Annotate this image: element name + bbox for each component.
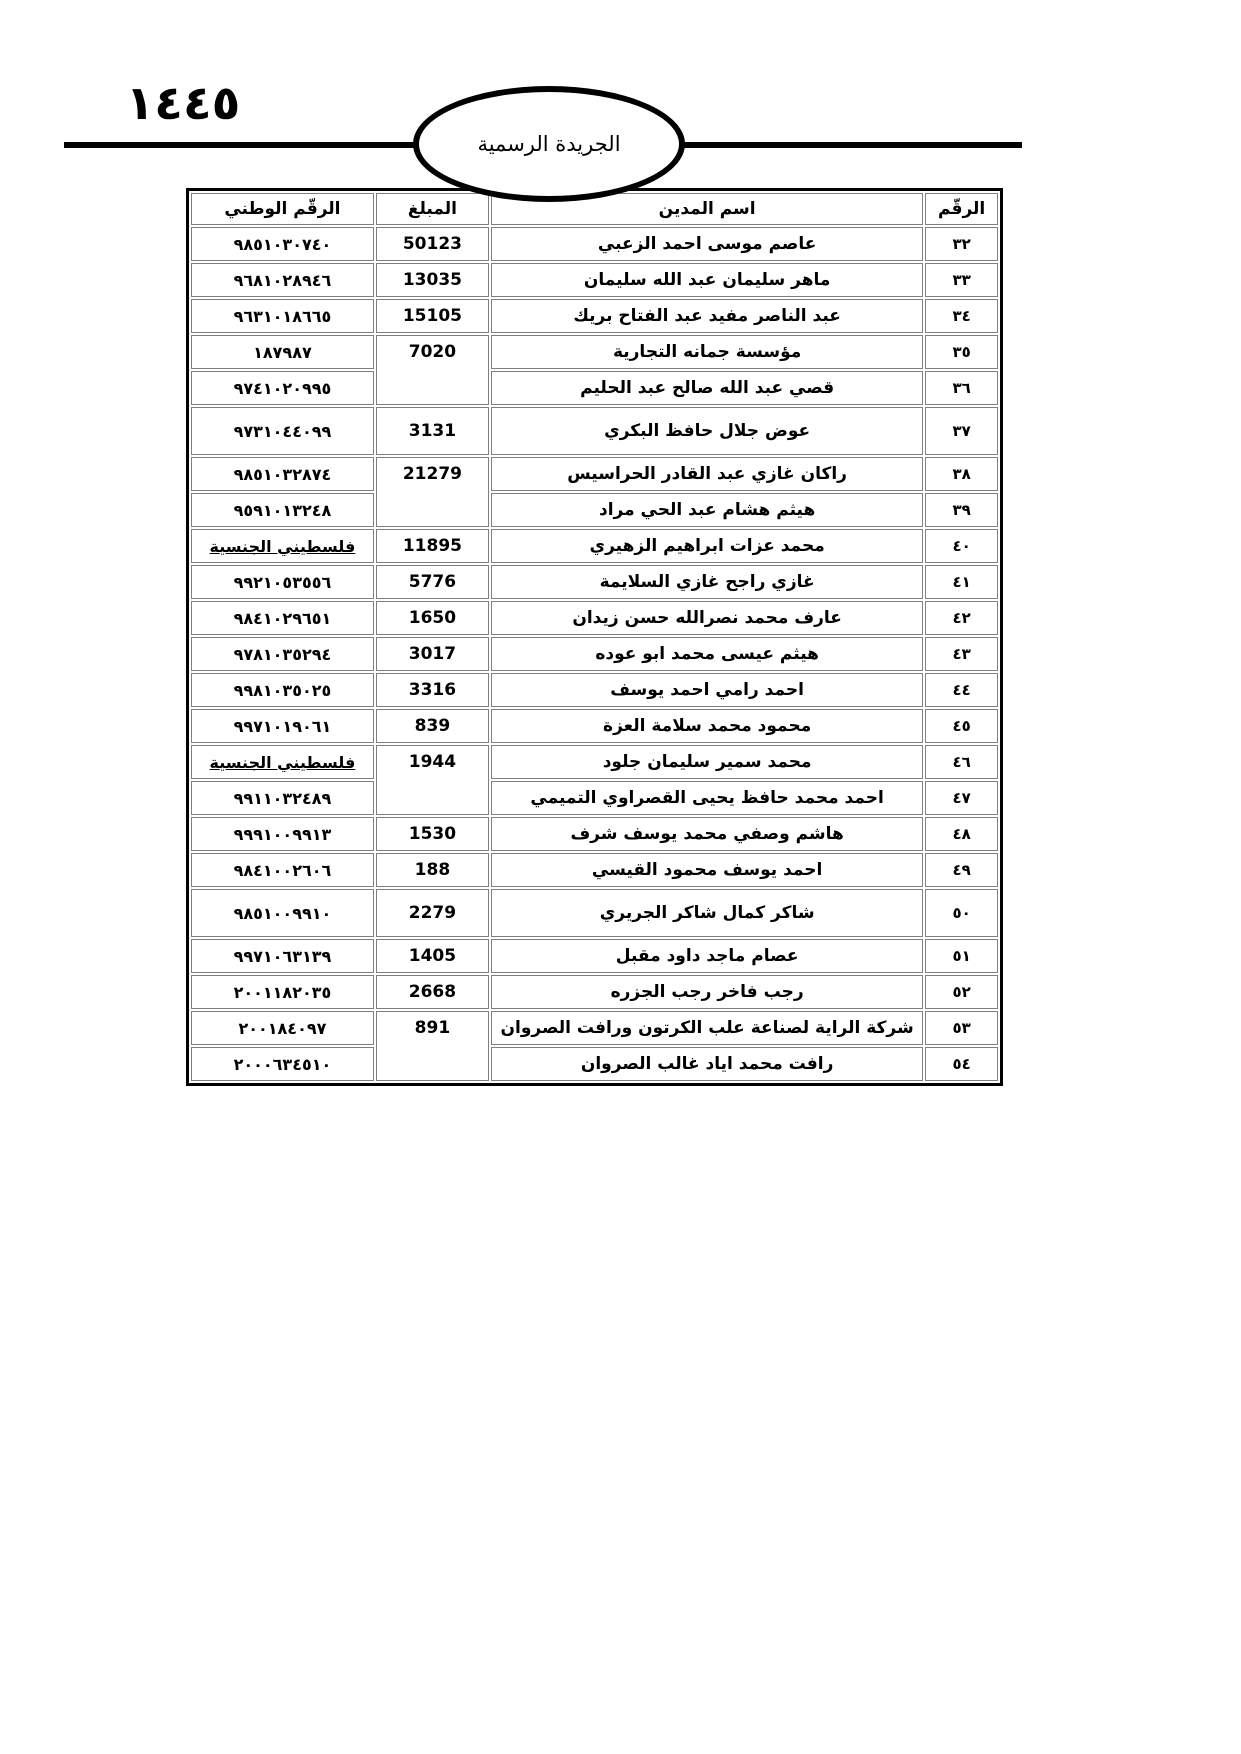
cell-amount: 1530 bbox=[376, 817, 489, 851]
cell-national-id: ٩٩٢١٠٥٣٥٥٦ bbox=[191, 565, 374, 599]
page-number: ١٤٤٥ bbox=[118, 76, 248, 131]
cell-national-id: ٩٩٧١٠١٩٠٦١ bbox=[191, 709, 374, 743]
cell-national-id: ٢٠٠٠٦٣٤٥١٠ bbox=[191, 1047, 374, 1081]
cell-serial: ٥٢ bbox=[925, 975, 998, 1009]
cell-national-id: ٩٨٥١٠٣٢٨٧٤ bbox=[191, 457, 374, 491]
cell-name: عاصم موسى احمد الزعبي bbox=[491, 227, 923, 261]
table-row: ٣٤ عبد الناصر مفيد عبد الفتاح بريك 15105… bbox=[191, 299, 998, 333]
cell-national-id: ٢٠٠١١٨٢٠٣٥ bbox=[191, 975, 374, 1009]
cell-amount: 2668 bbox=[376, 975, 489, 1009]
cell-serial: ٣٨ bbox=[925, 457, 998, 491]
cell-name: عوض جلال حافظ البكري bbox=[491, 407, 923, 455]
cell-name: شاكر كمال شاكر الجريري bbox=[491, 889, 923, 937]
table-row: ٤٣ هيثم عيسى محمد ابو عوده 3017 ٩٧٨١٠٣٥٢… bbox=[191, 637, 998, 671]
table-row: ٥١ عصام ماجد داود مقبل 1405 ٩٩٧١٠٦٣١٣٩ bbox=[191, 939, 998, 973]
cell-amount: 15105 bbox=[376, 299, 489, 333]
cell-amount: 13035 bbox=[376, 263, 489, 297]
cell-serial: ٣٣ bbox=[925, 263, 998, 297]
table-row: ٣٨ راكان غازي عبد القادر الحراسيس 21279 … bbox=[191, 457, 998, 491]
gazette-seal-ellipse: الجريدة الرسمية bbox=[413, 86, 685, 202]
cell-amount-merged: 891 bbox=[376, 1011, 489, 1081]
col-header-national-id: الرقّم الوطني bbox=[191, 193, 374, 225]
cell-serial: ٣٢ bbox=[925, 227, 998, 261]
table-row: ٤٤ احمد رامي احمد يوسف 3316 ٩٩٨١٠٣٥٠٢٥ bbox=[191, 673, 998, 707]
cell-name: عصام ماجد داود مقبل bbox=[491, 939, 923, 973]
cell-national-id: ٢٠٠١٨٤٠٩٧ bbox=[191, 1011, 374, 1045]
table-row: ٣٢ عاصم موسى احمد الزعبي 50123 ٩٨٥١٠٣٠٧٤… bbox=[191, 227, 998, 261]
cell-amount: 2279 bbox=[376, 889, 489, 937]
table-row: ٥٢ رجب فاخر رجب الجزره 2668 ٢٠٠١١٨٢٠٣٥ bbox=[191, 975, 998, 1009]
cell-serial: ٤٥ bbox=[925, 709, 998, 743]
cell-amount: 1650 bbox=[376, 601, 489, 635]
table-row: ٣٩ هيثم هشام عبد الحي مراد ٩٥٩١٠١٣٢٤٨ bbox=[191, 493, 998, 527]
table-row: ٥٣ شركة الراية لصناعة علب الكرتون ورافت … bbox=[191, 1011, 998, 1045]
cell-national-id: ٩٩٨١٠٣٥٠٢٥ bbox=[191, 673, 374, 707]
cell-amount: 1405 bbox=[376, 939, 489, 973]
gazette-title: الجريدة الرسمية bbox=[477, 132, 620, 156]
cell-serial: ٥٣ bbox=[925, 1011, 998, 1045]
cell-amount: 5776 bbox=[376, 565, 489, 599]
cell-national-id: ٩٥٩١٠١٣٢٤٨ bbox=[191, 493, 374, 527]
cell-serial: ٥٤ bbox=[925, 1047, 998, 1081]
cell-name: احمد رامي احمد يوسف bbox=[491, 673, 923, 707]
cell-amount-merged: 1944 bbox=[376, 745, 489, 815]
table-row: ٤٧ احمد محمد حافظ يحيى القصراوي التميمي … bbox=[191, 781, 998, 815]
cell-serial: ٤٦ bbox=[925, 745, 998, 779]
cell-serial: ٣٦ bbox=[925, 371, 998, 405]
table-row: ٥٠ شاكر كمال شاكر الجريري 2279 ٩٨٥١٠٠٩٩١… bbox=[191, 889, 998, 937]
cell-name: شركة الراية لصناعة علب الكرتون ورافت الص… bbox=[491, 1011, 923, 1045]
cell-amount: 188 bbox=[376, 853, 489, 887]
cell-amount: 839 bbox=[376, 709, 489, 743]
table-row: ٣٣ ماهر سليمان عبد الله سليمان 13035 ٩٦٨… bbox=[191, 263, 998, 297]
cell-amount-merged: 21279 bbox=[376, 457, 489, 527]
cell-national-id: فلسطيني الجنسية bbox=[191, 529, 374, 563]
cell-national-id: ١٨٧٩٨٧ bbox=[191, 335, 374, 369]
table-row: ٤٥ محمود محمد سلامة العزة 839 ٩٩٧١٠١٩٠٦١ bbox=[191, 709, 998, 743]
cell-name: رجب فاخر رجب الجزره bbox=[491, 975, 923, 1009]
cell-national-id: ٩٨٥١٠٠٩٩١٠ bbox=[191, 889, 374, 937]
cell-name: مؤسسة جمانه التجارية bbox=[491, 335, 923, 369]
cell-name: رافت محمد اياد غالب الصروان bbox=[491, 1047, 923, 1081]
cell-name: قصي عبد الله صالح عبد الحليم bbox=[491, 371, 923, 405]
cell-serial: ٤١ bbox=[925, 565, 998, 599]
cell-serial: ٤٩ bbox=[925, 853, 998, 887]
cell-name: احمد يوسف محمود القيسي bbox=[491, 853, 923, 887]
table-row: ٤٠ محمد عزات ابراهيم الزهيري 11895 فلسطي… bbox=[191, 529, 998, 563]
cell-national-id: ٩٧٤١٠٢٠٩٩٥ bbox=[191, 371, 374, 405]
cell-national-id: ٩٧٨١٠٣٥٢٩٤ bbox=[191, 637, 374, 671]
col-header-amount: المبلغ bbox=[376, 193, 489, 225]
cell-serial: ٥١ bbox=[925, 939, 998, 973]
table-row: ٤١ غازي راجح غازي السلايمة 5776 ٩٩٢١٠٥٣٥… bbox=[191, 565, 998, 599]
cell-name: عارف محمد نصرالله حسن زيدان bbox=[491, 601, 923, 635]
cell-serial: ٤٨ bbox=[925, 817, 998, 851]
cell-serial: ٤٧ bbox=[925, 781, 998, 815]
table-row: ٤٦ محمد سمير سليمان جلود 1944 فلسطيني ال… bbox=[191, 745, 998, 779]
gazette-page: { "page": { "hijri_page_number": "١٤٤٥",… bbox=[0, 0, 1241, 1754]
cell-serial: ٤٤ bbox=[925, 673, 998, 707]
table-row: ٣٧ عوض جلال حافظ البكري 3131 ٩٧٣١٠٤٤٠٩٩ bbox=[191, 407, 998, 455]
cell-national-id: ٩٩٩١٠٠٩٩١٣ bbox=[191, 817, 374, 851]
cell-national-id: ٩٦٨١٠٢٨٩٤٦ bbox=[191, 263, 374, 297]
table-row: ٣٥ مؤسسة جمانه التجارية 7020 ١٨٧٩٨٧ bbox=[191, 335, 998, 369]
cell-amount-merged: 7020 bbox=[376, 335, 489, 405]
table-row: ٤٨ هاشم وصفي محمد يوسف شرف 1530 ٩٩٩١٠٠٩٩… bbox=[191, 817, 998, 851]
cell-national-id: ٩٦٣١٠١٨٦٦٥ bbox=[191, 299, 374, 333]
cell-amount: 3131 bbox=[376, 407, 489, 455]
cell-amount: 3017 bbox=[376, 637, 489, 671]
cell-national-id: فلسطيني الجنسية bbox=[191, 745, 374, 779]
cell-name: راكان غازي عبد القادر الحراسيس bbox=[491, 457, 923, 491]
cell-name: احمد محمد حافظ يحيى القصراوي التميمي bbox=[491, 781, 923, 815]
cell-name: محمد سمير سليمان جلود bbox=[491, 745, 923, 779]
cell-national-id: ٩٧٣١٠٤٤٠٩٩ bbox=[191, 407, 374, 455]
cell-serial: ٣٩ bbox=[925, 493, 998, 527]
cell-name: محمد عزات ابراهيم الزهيري bbox=[491, 529, 923, 563]
cell-national-id: ٩٨٤١٠٠٢٦٠٦ bbox=[191, 853, 374, 887]
cell-national-id: ٩٩١١٠٣٢٤٨٩ bbox=[191, 781, 374, 815]
cell-amount: 3316 bbox=[376, 673, 489, 707]
cell-serial: ٤٠ bbox=[925, 529, 998, 563]
cell-serial: ٣٧ bbox=[925, 407, 998, 455]
table-row: ٤٢ عارف محمد نصرالله حسن زيدان 1650 ٩٨٤١… bbox=[191, 601, 998, 635]
cell-name: ماهر سليمان عبد الله سليمان bbox=[491, 263, 923, 297]
cell-name: هاشم وصفي محمد يوسف شرف bbox=[491, 817, 923, 851]
cell-name: هيثم عيسى محمد ابو عوده bbox=[491, 637, 923, 671]
cell-name: غازي راجح غازي السلايمة bbox=[491, 565, 923, 599]
cell-national-id: ٩٨٥١٠٣٠٧٤٠ bbox=[191, 227, 374, 261]
cell-amount: 50123 bbox=[376, 227, 489, 261]
cell-national-id: ٩٩٧١٠٦٣١٣٩ bbox=[191, 939, 374, 973]
cell-name: هيثم هشام عبد الحي مراد bbox=[491, 493, 923, 527]
cell-serial: ٣٤ bbox=[925, 299, 998, 333]
cell-serial: ٥٠ bbox=[925, 889, 998, 937]
cell-serial: ٤٢ bbox=[925, 601, 998, 635]
table-row: ٥٤ رافت محمد اياد غالب الصروان ٢٠٠٠٦٣٤٥١… bbox=[191, 1047, 998, 1081]
cell-national-id: ٩٨٤١٠٢٩٦٥١ bbox=[191, 601, 374, 635]
col-header-serial: الرقّم bbox=[925, 193, 998, 225]
cell-name: محمود محمد سلامة العزة bbox=[491, 709, 923, 743]
cell-serial: ٤٣ bbox=[925, 637, 998, 671]
table-row: ٤٩ احمد يوسف محمود القيسي 188 ٩٨٤١٠٠٢٦٠٦ bbox=[191, 853, 998, 887]
cell-amount: 11895 bbox=[376, 529, 489, 563]
table-row: ٣٦ قصي عبد الله صالح عبد الحليم ٩٧٤١٠٢٠٩… bbox=[191, 371, 998, 405]
cell-name: عبد الناصر مفيد عبد الفتاح بريك bbox=[491, 299, 923, 333]
cell-serial: ٣٥ bbox=[925, 335, 998, 369]
debtors-table: الرقّم اسم المدين المبلغ الرقّم الوطني ٣… bbox=[186, 188, 1003, 1086]
